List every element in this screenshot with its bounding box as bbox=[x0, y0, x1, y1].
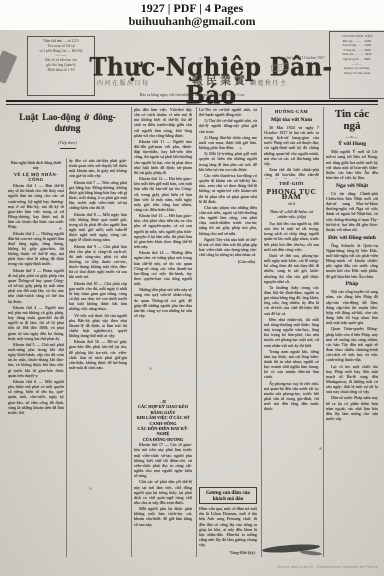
text-block: Đến như nhân-vật, thì mỗi nơi sùng-thượn… bbox=[264, 317, 319, 348]
column-5-body-text: Tục hỏi tên của người ta, đời xưa cho là… bbox=[264, 221, 319, 557]
text-block: Dân-số nước Pháp năm nay kể ra lại có ph… bbox=[326, 395, 378, 421]
text-block: 1) Thợ thì cơ-thể người nhỏ, và thể-lệ n… bbox=[199, 118, 257, 133]
text-block: 2) Hạng đàn-bà chửa cùng mẹ nuôi con mọn… bbox=[199, 135, 257, 150]
newspaper-column-4: Là-Thi và cơ-thể người nhỏ, và thể-hạnh … bbox=[199, 107, 257, 557]
headline-divider bbox=[60, 148, 76, 149]
newspaper-column-5: HƯỚNG-CẢMMật tòa với Nam30 Mai 1924 và n… bbox=[264, 107, 319, 557]
text-block: Duôi về đời sau, phong-tục mỗi ngày một … bbox=[264, 253, 319, 284]
chinese-characters-center: 報民業實 bbox=[192, 72, 248, 88]
section-header-line: CÁC HỢP KỲ GIAO KÈO BẰNG GIẤY bbox=[134, 404, 192, 415]
text-block: Pháp bbox=[326, 281, 378, 288]
masthead-rule-thin bbox=[6, 104, 378, 105]
text-block: Bản nghị-định dịch đăng dưới này bbox=[8, 160, 64, 170]
text-block: Ông Schacht là Quốc-vụ Ngân-hàng tổng-lý… bbox=[326, 243, 378, 279]
text-block: Một người Ý mới từ Lã-mã-ni sang tới bên… bbox=[326, 149, 378, 180]
headline-continued-note: (Tiếp theo) bbox=[8, 140, 127, 145]
text-block: 30 Mai 1924 và ngày 7 Octobre 1927 là ha… bbox=[264, 125, 319, 166]
text-block: HƯỚNG-CẢM bbox=[264, 109, 319, 114]
text-block: Khoản thứ 9 — Chủ phải làm nhà cho phu ở… bbox=[69, 244, 127, 280]
section-header-contracts: . IICÁC HỢP KỲ GIAO KÈO BẰNG GIẤYKHI LÀM… bbox=[134, 399, 192, 442]
text-block: phu đến làm việc. Văn-thư dậy cần có các… bbox=[134, 107, 192, 138]
text-block: Khoản thứ 17 — Các tờ giao-kèo nói trên … bbox=[134, 442, 192, 478]
publisher-info-box: Năm thứ tám — số 2115Tòa-soạn và Trị-sựs… bbox=[27, 36, 95, 96]
text-block: Khoản thứ 3 — Phàm người đi mộ phu phải … bbox=[8, 268, 64, 304]
text-block: Ta thường thấy trong các đám hội-hè đình… bbox=[264, 285, 319, 316]
masthead-rule-thick bbox=[6, 100, 378, 102]
author-signature: Tùng-Khê (ký) bbox=[199, 550, 255, 555]
column-divider bbox=[261, 107, 262, 557]
column-4-upper-text: Là-Thi và cơ-thể người nhỏ, và thể-hạnh … bbox=[199, 107, 257, 484]
text-block: ấy đều có xâu tài-liệu phải giải-trình q… bbox=[69, 158, 127, 179]
customs-column-subtitle: Thảo về «chữ đệ-hiệu» và «nhân-vật» (tiế… bbox=[264, 209, 319, 219]
headline-title: Luật Lao-động ở đông-dương bbox=[8, 113, 127, 135]
digitizer-email: buihuuhanh@gmail.com bbox=[0, 15, 384, 28]
text-block: Khoản thứ 2 — Những người đàn-bà con-trẻ… bbox=[8, 231, 64, 267]
text-block: Mỗi người phu lại được phát không một bả… bbox=[134, 506, 192, 527]
text-block: Chủ nào phạm vào những điều cấm nói trên… bbox=[199, 205, 257, 236]
text-block: Khoản thứ 12 — Hai bên giao-kèo mỗi bên … bbox=[134, 176, 192, 212]
column-3-upper-text: phu đến làm việc. Văn-thư dậy cần có các… bbox=[134, 107, 192, 399]
text-block: Khoản thứ 14 — Những điều ngăn-cấm và tr… bbox=[134, 250, 192, 286]
text-block: Khoản thứ 11 — Người nào đối-đãi giã-man… bbox=[134, 139, 192, 175]
text-block: Khoản thứ 4 — Người nào mộ phu mà không … bbox=[8, 305, 64, 341]
text-block: —o— bbox=[326, 134, 378, 139]
chinese-characters-left: 內河在版出日每 bbox=[97, 78, 150, 87]
boxed-story-text: Hôm vừa qua, một cô đầm trẻ tuổi tên là … bbox=[199, 506, 257, 547]
boxed-story-title: Gương con đầm của khách má đào bbox=[199, 487, 257, 504]
column-3-lower-text: Khoản thứ 17 — Các tờ giao-kèo nói trên … bbox=[134, 442, 192, 557]
publication-frequency-line: Báo ra hằng ngày, trừ chủ-nhật và các ng… bbox=[60, 92, 324, 97]
text-block: Đức với Đồng-minh bbox=[326, 235, 378, 242]
text-block: Khoản thứ 13 — Hết hạn giao-kèo, chủ phả… bbox=[134, 213, 192, 249]
column-divider bbox=[66, 158, 67, 557]
text-block: Khoản thứ 1 — Bản thể-lệ này sẽ thi-hành… bbox=[8, 183, 64, 229]
newspaper-column-3: phu đến làm việc. Văn-thư dậy cần có các… bbox=[134, 107, 192, 557]
newspaper-scan: Ngày thứ năm 13 Octobre 1927 Năm thứ tám… bbox=[0, 28, 384, 576]
text-block: Nội các tổng-tuyển-cử sang năm, các đảng… bbox=[326, 289, 378, 325]
text-block: Nga với Nhật bbox=[326, 183, 378, 190]
main-article-headline: Luật Lao-động ở đông-dương (Tiếp theo) bbox=[8, 113, 127, 149]
text-block: (Còn nữa) bbox=[199, 259, 255, 264]
publisher-info-line: Điện-thoại số 1-18 bbox=[29, 68, 93, 73]
text-block: Khoản thứ 6 — Mỗi người phu được mộ phải… bbox=[8, 379, 64, 415]
text-block: Về việc mộ thuê, thì của người phu Bắc-k… bbox=[69, 313, 127, 339]
year-pdf-pages-label: 1927 | PDF | 4 Pages bbox=[0, 1, 384, 15]
text-block: Khoản thứ 16 — Hồ-sơ giấy giao-kèo đều p… bbox=[69, 339, 127, 370]
chinese-characters-right: 麟遊秋任主 bbox=[250, 78, 288, 87]
text-block: Xem thế thì biết chính-phủ cũng đã lưu-t… bbox=[264, 167, 319, 179]
text-block: Khoản thứ 5 — Chủ mộ phải nuôi-nấng phu … bbox=[8, 342, 64, 378]
text-block: Người Tây-chủ nào biết rõ thể-lệ mà cố t… bbox=[199, 237, 257, 258]
section-header-line: KHI LÀM VIỆC Ở CÁC SỞ CANH-NÔNG bbox=[134, 415, 192, 426]
text-block: Trong nam ngoài bắc, tiếng tăm tuy khác,… bbox=[264, 349, 319, 380]
customs-column-title: PHONG TỤC ĐÀM bbox=[264, 189, 319, 199]
text-block: 3) Mỗi lý-trưởng phải giữ một quyển sổ b… bbox=[199, 151, 257, 172]
text-block: Lại có tin: một chiếc tàu bay Pháp mới b… bbox=[326, 364, 378, 395]
text-block: Ấy phong-tục tuy là việc nhỏ, mà quan-hệ… bbox=[264, 381, 319, 412]
column-divider bbox=[196, 107, 197, 557]
column-5-commentary-section: HƯỚNG-CẢMMật tòa với Nam30 Mai 1924 và n… bbox=[264, 107, 319, 179]
newspaper-column-1: Bản nghị-định dịch đăng dưới nàyVỀ LỆ MỘ… bbox=[8, 158, 64, 557]
newspaper-column-news: Tin các ngả—o—Ý với HungMột người Ý mới … bbox=[326, 107, 378, 557]
scan-edge-artifact bbox=[0, 50, 17, 84]
scanned-newspaper-page: 1927 | PDF | 4 Pages buihuuhanh@gmail.co… bbox=[0, 0, 384, 576]
text-block: Mật tòa với Nam bbox=[264, 117, 319, 124]
customs-column-number: số 4 bbox=[264, 201, 319, 206]
text-block: Khoản thứ 10 — Chủ phải cấp gạo nước cho… bbox=[69, 281, 127, 312]
text-block: Có tin rằng: Chính-phủ Chiêu-hòa bên Nhậ… bbox=[326, 191, 378, 232]
text-block: Khoản thứ 7 — Tiền công phải giả bằng bạ… bbox=[69, 180, 127, 211]
text-block: Là-Thi và cơ-thể người nhỏ, và thể-hạnh … bbox=[199, 107, 257, 117]
price-line: lượng với bản-quán bbox=[331, 71, 383, 76]
text-block: Các viên thanh-tra lao-động có quyền đi … bbox=[199, 173, 257, 204]
digitizer-header: 1927 | PDF | 4 Pages buihuuhanh@gmail.co… bbox=[0, 0, 384, 30]
gallica-watermark: Source gallica.bnf.fr / Bibliothèque nat… bbox=[0, 565, 378, 569]
text-block: Khoản thứ 8 — Mỗi ngày làm việc không đư… bbox=[69, 212, 127, 243]
section-header-line: CÁC ĐỒN-ĐIỀN HAY KỸ-NGHỆ bbox=[134, 426, 192, 437]
subscription-price-box: GIÁ BÁO MỘT NĂMBắc-kỳ ……… 5$00Sáu tháng … bbox=[329, 31, 384, 99]
newspaper-column-2: ấy đều có xâu tài-liệu phải giải-trình q… bbox=[69, 158, 127, 557]
column-divider bbox=[323, 107, 324, 557]
text-block: VỀ LỆ MỘ NHÂN-CÔNG bbox=[8, 172, 64, 182]
text-block: Tục hỏi tên của người ta, đời xưa cho là… bbox=[264, 221, 319, 252]
text-block: Tin các ngả bbox=[326, 108, 378, 132]
column-divider bbox=[131, 107, 132, 557]
text-block: Những tiền phạt nói trên này sẽ sung vào… bbox=[134, 287, 192, 318]
text-block: Chủ các sở phải dán yết thể-lệ này tại n… bbox=[134, 479, 192, 505]
world-section-label: THẾ-GIỚI bbox=[264, 181, 319, 186]
text-block: Quan Toàn-quyền Đông-pháp hiện còn ở bên… bbox=[326, 326, 378, 362]
text-block: Ý với Hung bbox=[326, 141, 378, 148]
